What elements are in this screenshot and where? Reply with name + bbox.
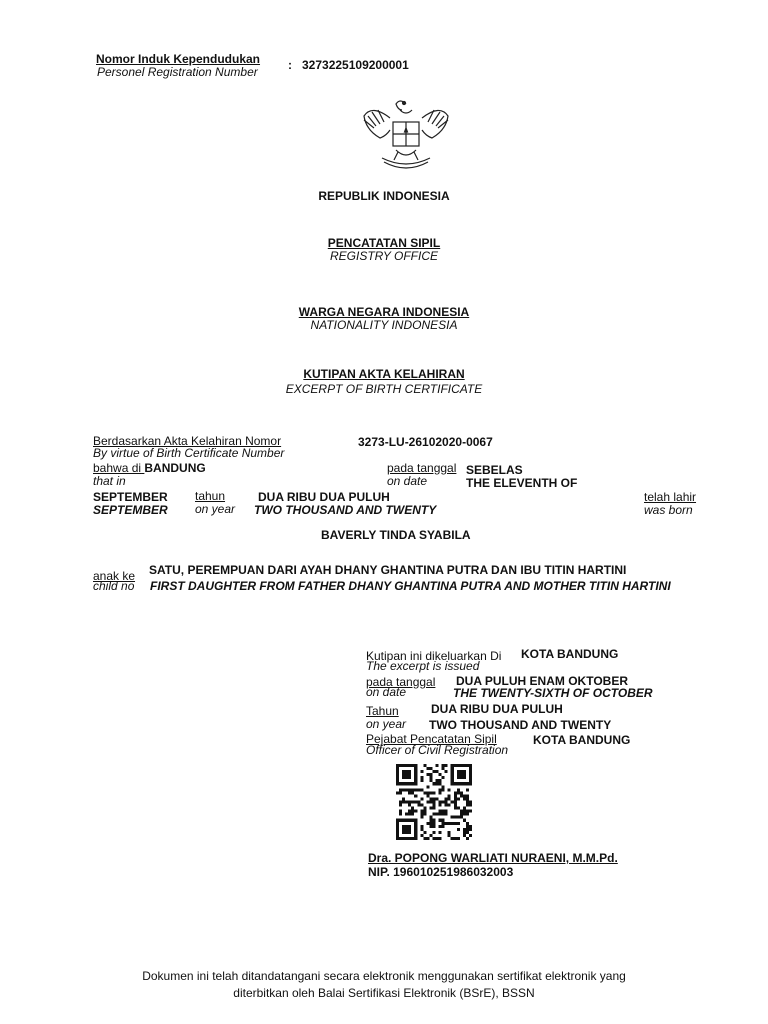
month-value-en: SEPTEMBER xyxy=(93,503,168,517)
office-title-en: REGISTRY OFFICE xyxy=(0,250,768,263)
date-value-en: THE ELEVENTH OF xyxy=(466,476,577,490)
signer-name: Dra. POPONG WARLIATI NURAENI, M.M.Pd. xyxy=(368,851,618,865)
garuda-emblem-icon xyxy=(360,96,452,174)
child-name: BAVERLY TINDA SYABILA xyxy=(321,528,471,542)
issue-year-value: DUA RIBU DUA PULUH xyxy=(431,702,563,716)
document-title-text: KUTIPAN AKTA KELAHIRAN xyxy=(303,367,464,381)
nik-separator: : xyxy=(288,59,292,72)
issue-date-label-en: on date xyxy=(366,686,406,699)
issue-date-value-en: THE TWENTY-SIXTH OF OCTOBER xyxy=(453,686,653,700)
year-value-en: TWO THOUSAND AND TWENTY xyxy=(254,503,436,517)
place-label: bahwa di xyxy=(93,461,141,475)
officer-value: KOTA BANDUNG xyxy=(533,733,630,747)
footer-line-2: diterbitkan oleh Balai Sertifikasi Elekt… xyxy=(0,984,768,1002)
document-title-en: EXCERPT OF BIRTH CERTIFICATE xyxy=(0,383,768,396)
nationality-title-text: WARGA NEGARA INDONESIA xyxy=(299,305,469,319)
nik-label-en: Personel Registration Number xyxy=(97,66,258,79)
issue-year-value-en: TWO THOUSAND AND TWENTY xyxy=(429,718,611,732)
cert-number-label-en: By virtue of Birth Certificate Number xyxy=(93,447,284,460)
qr-code-icon[interactable] xyxy=(394,764,474,840)
document-title: KUTIPAN AKTA KELAHIRAN xyxy=(0,368,768,381)
office-title-text: PENCATATAN SIPIL xyxy=(328,236,440,250)
issued-value: KOTA BANDUNG xyxy=(521,647,618,661)
country-title: REPUBLIK INDONESIA xyxy=(0,190,768,203)
year-value: DUA RIBU DUA PULUH xyxy=(258,490,390,504)
place-label-en: that in xyxy=(93,475,126,488)
born-label-en: was born xyxy=(644,504,693,517)
date-value: SEBELAS xyxy=(466,463,523,477)
nik-value: 3273225109200001 xyxy=(302,59,409,72)
signer-nip: NIP. 196010251986032003 xyxy=(368,865,513,879)
child-no-value: SATU, PEREMPUAN DARI AYAH DHANY GHANTINA… xyxy=(149,563,626,577)
footer-line-1: Dokumen ini telah ditandatangani secara … xyxy=(0,967,768,985)
issue-year-label-en: on year xyxy=(366,718,406,731)
date-label-en: on date xyxy=(387,475,427,488)
year-label-en: on year xyxy=(195,503,235,516)
nationality-title-en: NATIONALITY INDONESIA xyxy=(0,319,768,332)
issued-label-en: The excerpt is issued xyxy=(366,660,479,673)
month-value: SEPTEMBER xyxy=(93,490,168,504)
place-value: BANDUNG xyxy=(144,461,205,475)
child-no-label-en: child no xyxy=(93,580,134,593)
child-no-value-en: FIRST DAUGHTER FROM FATHER DHANY GHANTIN… xyxy=(150,579,671,593)
officer-label-en: Officer of Civil Registration xyxy=(366,744,508,757)
cert-number-value: 3273-LU-26102020-0067 xyxy=(358,435,493,449)
